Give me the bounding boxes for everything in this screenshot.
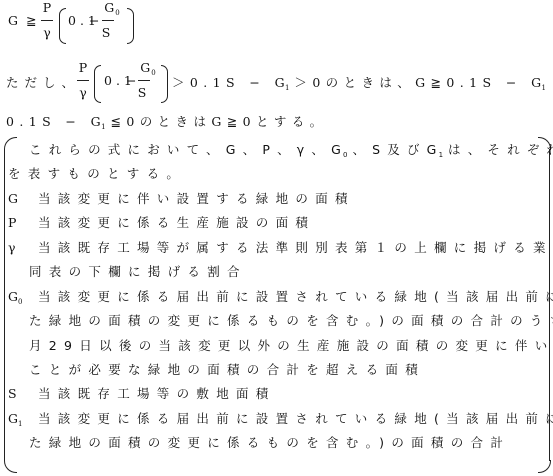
definition-text: 当該変更に伴い設置する緑地の面積: [38, 191, 355, 206]
bracket-corner-bottom-left: [4, 460, 17, 473]
definition-text-continued: 同表の下欄に掲げる割合: [8, 264, 247, 280]
main-formula: G ≧ P γ 0.1 − G0 S: [0, 0, 150, 55]
definitions-intro-line-1: これらの式において、G、P、γ、G0、S及びG1は、それぞれ次の数値: [29, 142, 553, 160]
definition-text-continued: ことが必要な緑地の面積の合計を超える面積: [8, 362, 425, 378]
inner-denominator: S: [99, 25, 113, 40]
inner-numerator: G: [140, 60, 150, 75]
fraction-numerator: P: [40, 0, 54, 15]
definitions-intro-line-2: を表すものとする。: [8, 166, 186, 182]
definition-text: 当該既存工場等が属する法準則別表第１の上欄に掲げる業種についての: [38, 240, 553, 255]
definition-symbol: G: [8, 191, 38, 207]
definition-text: 当該変更に係る届出前に設置されている緑地(当該届出前に届け出られ: [38, 289, 553, 304]
fraction-bar: [41, 20, 53, 21]
left-parenthesis: [94, 65, 101, 103]
bracket-corner-top-left: [4, 137, 17, 150]
bracket-corner-bottom-right: [538, 460, 551, 473]
inner-denominator: S: [135, 85, 149, 100]
definition-text-continued: た緑地の面積の変更に係るものを含む。)の面積の合計: [8, 435, 510, 451]
fraction-denominator: γ: [76, 85, 90, 100]
right-parenthesis: [127, 8, 134, 44]
definition-symbol: G0: [8, 289, 38, 307]
right-parenthesis: [161, 65, 168, 103]
definition-symbol: γ: [8, 240, 38, 256]
formula-lhs: G: [8, 13, 22, 28]
definition-item-g1: G1当該変更に係る届出前に設置されている緑地(当該届出前に届け出られ: [8, 411, 553, 429]
definition-text-continued: た緑地の面積の変更に係るものを含む。)の面積の合計のうち、昭和49年6: [8, 313, 553, 329]
definition-text-continued: 月29日以後の当該変更以外の生産施設の面積の変更に伴い最低限設置する: [8, 338, 553, 354]
inner-numerator-subscript: 0: [151, 69, 155, 77]
definition-symbol: S: [8, 386, 38, 402]
proviso-condition: ＞0.1S − G1＞0のときは、G≧0.1S − G1とし、: [172, 73, 553, 91]
bracket-left-line: [4, 149, 5, 461]
fraction-bar: [138, 80, 150, 81]
definition-item-p: P当該変更に係る生産施設の面積: [8, 215, 315, 231]
formula-relation: ≧: [26, 13, 40, 28]
definition-symbol: G1: [8, 411, 38, 429]
definition-item-g0: G0当該変更に係る届出前に設置されている緑地(当該届出前に届け出られ: [8, 289, 553, 307]
definition-text: 当該変更に係る届出前に設置されている緑地(当該届出前に届け出られ: [38, 411, 553, 426]
fraction-denominator: γ: [40, 25, 54, 40]
inner-numerator: G: [104, 0, 114, 15]
definition-symbol: P: [8, 215, 38, 231]
definition-item-s: S当該既存工場等の敷地面積: [8, 386, 276, 402]
fraction-bar: [102, 20, 114, 21]
definition-text: 当該変更に係る生産施設の面積: [38, 215, 315, 230]
definition-item-gamma: γ当該既存工場等が属する法準則別表第１の上欄に掲げる業種についての: [8, 240, 553, 256]
definition-item-g: G当該変更に伴い設置する緑地の面積: [8, 191, 355, 207]
left-parenthesis: [59, 8, 66, 44]
proviso-line-2: 0.1S − G1≦0のときはG≧0とする。: [6, 114, 328, 132]
inner-numerator-subscript: 0: [115, 9, 119, 17]
proviso-formula: ただし、 P γ 0.1 − G0 S ＞0.1S − G1＞0のときは、G≧0…: [0, 55, 553, 110]
definition-text: 当該既存工場等の敷地面積: [38, 386, 276, 401]
fraction-numerator: P: [76, 60, 90, 75]
proviso-prefix: ただし、: [6, 73, 80, 91]
fraction-bar: [77, 80, 89, 81]
